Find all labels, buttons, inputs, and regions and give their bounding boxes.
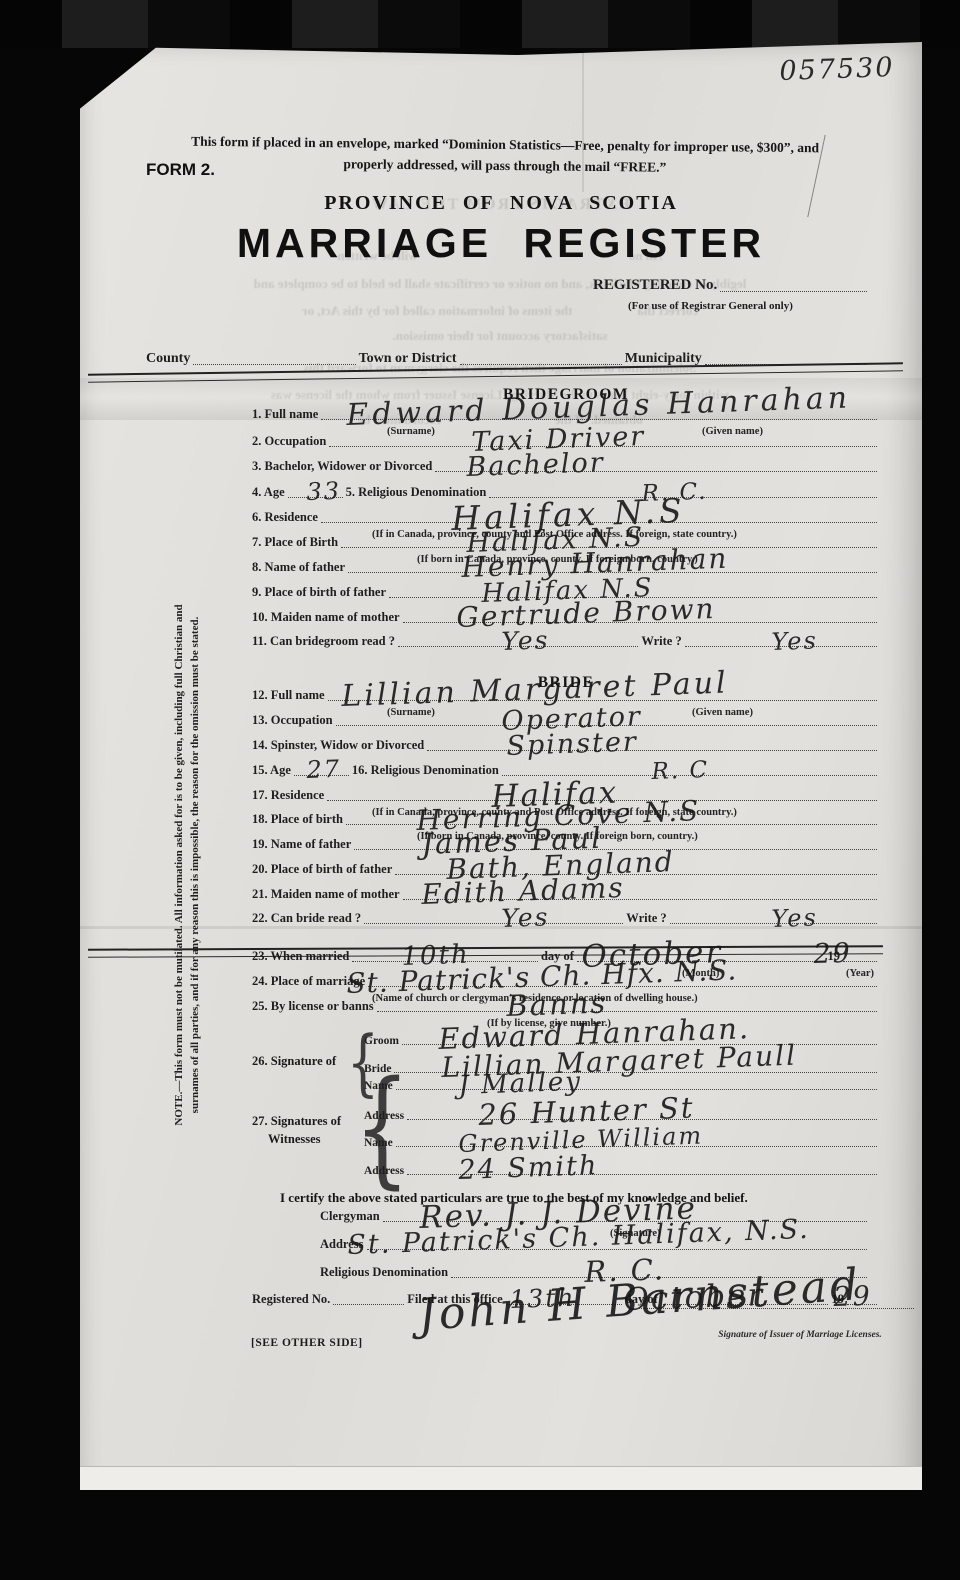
handwritten-entry: 29 bbox=[813, 938, 852, 970]
form-field-row: AddressSt. Patrick's Ch. Halifax, N.S. bbox=[320, 1227, 870, 1255]
field-label: 4. Age bbox=[252, 485, 285, 503]
page-title: MARRIAGE REGISTER bbox=[80, 220, 922, 267]
envelope-instruction: This form if placed in an envelope, mark… bbox=[140, 130, 870, 180]
signature-of-label: 26. Signature of bbox=[252, 1054, 336, 1069]
form-field-row: 10. Maiden name of motherGertrude Brown bbox=[252, 603, 880, 628]
dotted-line bbox=[427, 748, 877, 751]
witness-rows: NameJ MalleyAddress26 Hunter StNameGrenv… bbox=[364, 1070, 880, 1180]
field-label: Groom bbox=[364, 1035, 399, 1050]
marriage-register-form: EXTRACTS FROM THE LAWAll no will be writ… bbox=[80, 42, 922, 1490]
bleed-line: satisfactory account for their omission. bbox=[110, 328, 890, 344]
field-label: Address bbox=[364, 1165, 404, 1180]
bottom-fold bbox=[80, 1466, 922, 1491]
town-district-label: Town or District bbox=[359, 351, 457, 370]
mutilation-note: NOTE.—This form must not be mutilated. A… bbox=[171, 535, 205, 1195]
field-label: 2. Occupation bbox=[252, 434, 326, 452]
witnesses-group: 27. Signatures of Witnesses { NameJ Mall… bbox=[252, 1070, 880, 1186]
see-other-side-note: [SEE OTHER SIDE] bbox=[251, 1337, 363, 1349]
field-label: 10. Maiden name of mother bbox=[252, 610, 400, 628]
registered-no-label: REGISTERED No. bbox=[593, 277, 717, 297]
handwritten-entry: Yes bbox=[771, 626, 818, 656]
field-label: 13. Occupation bbox=[252, 713, 333, 731]
form-field-row: Address26 Hunter St bbox=[364, 1095, 880, 1125]
form-field-row: 13. OccupationOperator bbox=[252, 706, 880, 731]
dotted-line bbox=[720, 289, 867, 292]
field-label: 18. Place of birth bbox=[252, 812, 343, 830]
handwritten-entry: 27 bbox=[306, 755, 342, 784]
field-label: 3. Bachelor, Widower or Divorced bbox=[252, 459, 432, 477]
field-label: Name bbox=[364, 1137, 393, 1152]
registrar-general-note: (For use of Registrar General only) bbox=[628, 300, 793, 312]
form-field-row: Address24 Smith bbox=[364, 1152, 880, 1180]
field-label: 17. Residence bbox=[252, 788, 324, 806]
field-label: 20. Place of birth of father bbox=[252, 862, 392, 880]
field-label: 1. Full name bbox=[252, 407, 318, 425]
form-field-row: NameGrenville William bbox=[364, 1125, 880, 1152]
field-label: Write ? bbox=[626, 911, 666, 929]
form-field-row: 3. Bachelor, Widower or DivorcedBachelor bbox=[252, 452, 880, 477]
dotted-line bbox=[193, 362, 355, 365]
field-label: 25. By license or banns bbox=[252, 999, 374, 1017]
field-label: 19. Name of father bbox=[252, 837, 351, 855]
province-heading: PROVINCE OF NOVA SCOTIA bbox=[80, 192, 922, 215]
county-label: County bbox=[146, 351, 190, 370]
form-number: FORM 2. bbox=[146, 160, 215, 180]
bride-fields: 12. Full name(Surname)(Given name)Lillia… bbox=[252, 681, 880, 929]
marriage-fields: 23. When married day of 19 (Month) (Year… bbox=[252, 942, 880, 1017]
form-field-row: NameJ Malley bbox=[364, 1070, 880, 1095]
handwritten-entry: 24 Smith bbox=[458, 1150, 599, 1186]
field-label: 11. Can bridegroom read ? bbox=[252, 634, 395, 652]
field-label: Address bbox=[364, 1110, 404, 1125]
field-label: 12. Full name bbox=[252, 688, 325, 706]
field-label: 22. Can bride read ? bbox=[252, 911, 361, 929]
dotted-line bbox=[460, 362, 622, 365]
registered-no-row: REGISTERED No. bbox=[593, 275, 870, 297]
field-label: 9. Place of birth of father bbox=[252, 585, 386, 603]
field-label: 16. Religious Denomination bbox=[352, 763, 499, 781]
field-label: 21. Maiden name of mother bbox=[252, 887, 400, 905]
field-label: 8. Name of father bbox=[252, 560, 345, 578]
handwritten-serial-number: 057530 bbox=[779, 52, 895, 87]
issuer-signature-caption: Signature of Issuer of Marriage Licenses… bbox=[680, 1330, 920, 1340]
when-married-label: 23. When married bbox=[252, 949, 349, 967]
dotted-line bbox=[333, 1302, 404, 1305]
form-field-row: 8. Name of fatherHenry Hanrahan bbox=[252, 553, 880, 578]
witnesses-label-line2: Witnesses bbox=[268, 1132, 321, 1147]
handwritten-entry: Yes bbox=[501, 902, 550, 933]
field-label: 15. Age bbox=[252, 763, 291, 781]
field-label: Clergyman bbox=[320, 1209, 380, 1227]
field-label: Religious Denomination bbox=[320, 1265, 448, 1283]
form-field-row: 25. By license or banns(If by license, g… bbox=[252, 992, 880, 1017]
field-label: 14. Spinster, Widow or Divorced bbox=[252, 738, 424, 756]
film-strip bbox=[0, 0, 960, 48]
handwritten-entry: Yes bbox=[501, 625, 550, 656]
field-label: Name bbox=[364, 1080, 393, 1095]
handwritten-entry: 33 bbox=[306, 477, 342, 506]
mutilation-note-line2: surnames of all parties, and if for any … bbox=[187, 535, 203, 1195]
form-field-row: 11. Can bridegroom read ?Write ?YesYes bbox=[252, 628, 880, 652]
registered-no-label: Registered No. bbox=[252, 1292, 330, 1310]
form-field-row: 12. Full name(Surname)(Given name)Lillia… bbox=[252, 681, 880, 706]
form-field-row: 22. Can bride read ?Write ?YesYes bbox=[252, 905, 880, 929]
dotted-line bbox=[377, 1009, 877, 1012]
field-label: Write ? bbox=[641, 634, 681, 652]
bridegroom-fields: 1. Full name(Surname)(Given name)Edward … bbox=[252, 400, 880, 652]
field-label: 7. Place of Birth bbox=[252, 535, 338, 553]
form-field-row: 14. Spinster, Widow or DivorcedSpinster bbox=[252, 731, 880, 756]
form-field-row: 1. Full name(Surname)(Given name)Edward … bbox=[252, 400, 880, 425]
mutilation-note-line1: NOTE.—This form must not be mutilated. A… bbox=[171, 535, 187, 1195]
scanned-document: EXTRACTS FROM THE LAWAll no will be writ… bbox=[0, 0, 960, 1580]
field-label: 6. Residence bbox=[252, 510, 318, 528]
handwritten-entry: Yes bbox=[771, 903, 818, 933]
form-field-row: 21. Maiden name of motherEdith Adams bbox=[252, 880, 880, 905]
dotted-line bbox=[364, 921, 623, 924]
witnesses-label-line1: 27. Signatures of bbox=[252, 1114, 341, 1129]
